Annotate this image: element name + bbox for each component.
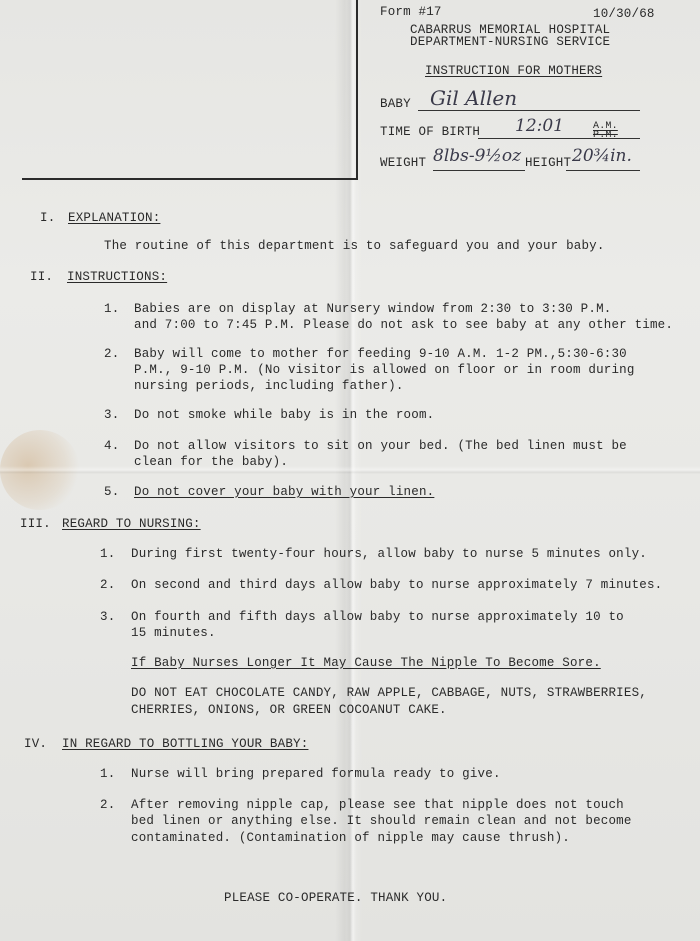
bottle-1-num: 1. xyxy=(100,766,115,782)
bottle-2-num: 2. xyxy=(100,797,115,813)
bottle-2-line-3: contaminated. (Contamination of nipple m… xyxy=(131,830,570,846)
baby-field-line xyxy=(418,110,640,111)
nursing-warning: If Baby Nurses Longer It May Cause The N… xyxy=(131,655,601,671)
instruction-1-line-1: Babies are on display at Nursery window … xyxy=(134,301,611,317)
section-1-numeral: I. xyxy=(40,210,55,226)
height-field-line xyxy=(566,170,640,171)
weight-field-line xyxy=(433,170,525,171)
instruction-5-num: 5. xyxy=(104,484,119,500)
instruction-2-line-3: nursing periods, including father). xyxy=(134,378,404,394)
instruction-3-line-1: Do not smoke while baby is in the room. xyxy=(134,407,434,423)
instruction-4-line-1: Do not allow visitors to sit on your bed… xyxy=(134,438,627,454)
stamp-box-border-bottom xyxy=(22,178,358,180)
pm-struck: P.M. xyxy=(593,131,618,141)
bottle-1-line-1: Nurse will bring prepared formula ready … xyxy=(131,766,501,782)
height-label: HEIGHT xyxy=(525,155,571,171)
section-1-body: The routine of this department is to saf… xyxy=(104,238,605,254)
baby-name-handwritten: Gil Allen xyxy=(430,86,517,110)
nursing-2-num: 2. xyxy=(100,577,115,593)
nursing-3-line-2: 15 minutes. xyxy=(131,625,216,641)
diet-line-1: DO NOT EAT CHOCOLATE CANDY, RAW APPLE, C… xyxy=(131,685,647,701)
form-date: 10/30/68 xyxy=(593,6,655,22)
closing-note: PLEASE CO-OPERATE. THANK YOU. xyxy=(224,890,447,906)
section-1-title: EXPLANATION: xyxy=(68,210,160,226)
department-name: DEPARTMENT-NURSING SERVICE xyxy=(410,36,610,49)
instruction-2-line-2: P.M., 9-10 P.M. (No visitor is allowed o… xyxy=(134,362,635,378)
section-4-numeral: IV. xyxy=(24,736,47,752)
section-3-numeral: III. xyxy=(20,516,51,532)
diet-line-2: CHERRIES, ONIONS, OR GREEN COCOANUT CAKE… xyxy=(131,702,447,718)
baby-label: BABY xyxy=(380,96,411,112)
time-of-birth-handwritten: 12:01 xyxy=(515,116,564,136)
section-2-numeral: II. xyxy=(30,269,53,285)
stamp-box-border-right xyxy=(356,0,358,180)
section-2-title: INSTRUCTIONS: xyxy=(67,269,167,285)
bottle-2-line-1: After removing nipple cap, please see th… xyxy=(131,797,624,813)
instruction-2-num: 2. xyxy=(104,346,119,362)
instruction-3-num: 3. xyxy=(104,407,119,423)
fold-crease-horizontal xyxy=(0,466,700,474)
form-number: Form #17 xyxy=(380,4,442,20)
weight-handwritten: 8lbs-9½oz xyxy=(433,146,521,166)
bottle-2-line-2: bed linen or anything else. It should re… xyxy=(131,813,632,829)
section-3-title: REGARD TO NURSING: xyxy=(62,516,201,532)
instruction-2-line-1: Baby will come to mother for feeding 9-1… xyxy=(134,346,627,362)
height-handwritten: 20¾in. xyxy=(572,146,632,166)
nursing-3-num: 3. xyxy=(100,609,115,625)
weight-label: WEIGHT xyxy=(380,155,426,171)
instruction-5-line-1: Do not cover your baby with your linen. xyxy=(134,484,434,500)
instruction-1-line-2: and 7:00 to 7:45 P.M. Please do not ask … xyxy=(134,317,673,333)
section-4-title: IN REGARD TO BOTTLING YOUR BABY: xyxy=(62,736,308,752)
instruction-1-num: 1. xyxy=(104,301,119,317)
form-title: INSTRUCTION FOR MOTHERS xyxy=(425,63,602,79)
instruction-4-num: 4. xyxy=(104,438,119,454)
instruction-4-line-2: clean for the baby). xyxy=(134,454,288,470)
nursing-1-num: 1. xyxy=(100,546,115,562)
nursing-2-line-1: On second and third days allow baby to n… xyxy=(131,577,662,593)
time-of-birth-label: TIME OF BIRTH xyxy=(380,124,480,140)
nursing-1-line-1: During first twenty-four hours, allow ba… xyxy=(131,546,647,562)
nursing-3-line-1: On fourth and fifth days allow baby to n… xyxy=(131,609,624,625)
